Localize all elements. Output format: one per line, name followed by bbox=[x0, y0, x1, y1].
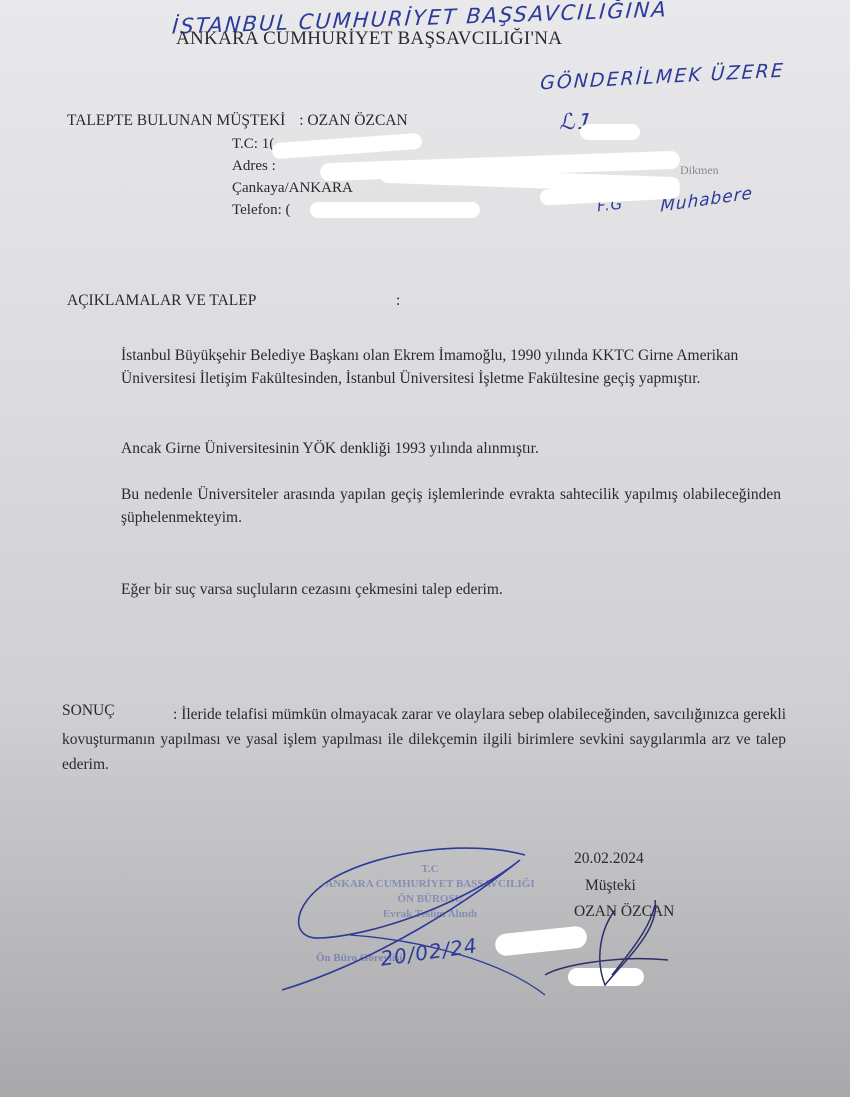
redaction-mark bbox=[494, 925, 588, 956]
complainant-name: : OZAN ÖZCAN bbox=[299, 112, 408, 129]
handwritten-redirect-line2: GÖNDERİLMEK ÜZERE bbox=[540, 60, 786, 95]
city-field: Çankaya/ANKARA bbox=[232, 180, 353, 197]
result-text: : İleride telafisi mümkün olmayacak zara… bbox=[62, 702, 786, 777]
stamp-line: ANKARA CUMHURİYET BAŞSAVCILIĞI bbox=[300, 877, 560, 892]
signature-name: OZAN ÖZCAN bbox=[574, 903, 674, 921]
redaction-mark bbox=[310, 202, 480, 218]
signature-date: 20.02.2024 bbox=[574, 850, 644, 868]
explanation-paragraph-2: Ancak Girne Üniversitesinin YÖK denkliği… bbox=[121, 437, 781, 460]
petition-page: İSTANBUL CUMHURİYET BAŞSAVCILIĞINA ANKAR… bbox=[0, 0, 850, 1097]
explanation-paragraph-3: Bu nedenle Üniversiteler arasında yapıla… bbox=[121, 483, 781, 529]
phone-field: Telefon: ( bbox=[232, 202, 291, 219]
addressee-title: ANKARA CUMHURİYET BAŞSAVCILIĞI'NA bbox=[176, 28, 562, 50]
stamp-line: T.C bbox=[300, 862, 560, 877]
address-partial-text: Dikmen bbox=[680, 163, 719, 178]
explanation-paragraph-1: İstanbul Büyükşehir Belediye Başkanı ola… bbox=[121, 344, 781, 390]
section-colon: : bbox=[396, 292, 400, 310]
redaction-mark bbox=[568, 968, 644, 986]
section-heading-explanation: AÇIKLAMALAR VE TALEP bbox=[67, 292, 256, 310]
address-field: Adres : bbox=[232, 158, 276, 175]
stamp-line: Evrak Teslim Alındı bbox=[300, 907, 560, 922]
redaction-mark bbox=[580, 124, 640, 140]
complainant-row: TALEPTE BULUNAN MÜŞTEKİ : OZAN ÖZCAN bbox=[67, 112, 408, 130]
explanation-paragraph-4: Eğer bir suç varsa suçluların cezasını ç… bbox=[121, 578, 781, 601]
handwritten-received-date: 20/02/24 bbox=[379, 933, 479, 970]
tc-number-field: T.C: 1( bbox=[232, 136, 274, 153]
office-stamp: T.C ANKARA CUMHURİYET BAŞSAVCILIĞI ÖN BÜ… bbox=[300, 862, 560, 922]
redaction-mark bbox=[272, 133, 423, 159]
complainant-label: TALEPTE BULUNAN MÜŞTEKİ bbox=[67, 112, 285, 129]
signature-role: Müşteki bbox=[585, 877, 636, 895]
stamp-line: ÖN BÜROSU bbox=[300, 892, 560, 907]
